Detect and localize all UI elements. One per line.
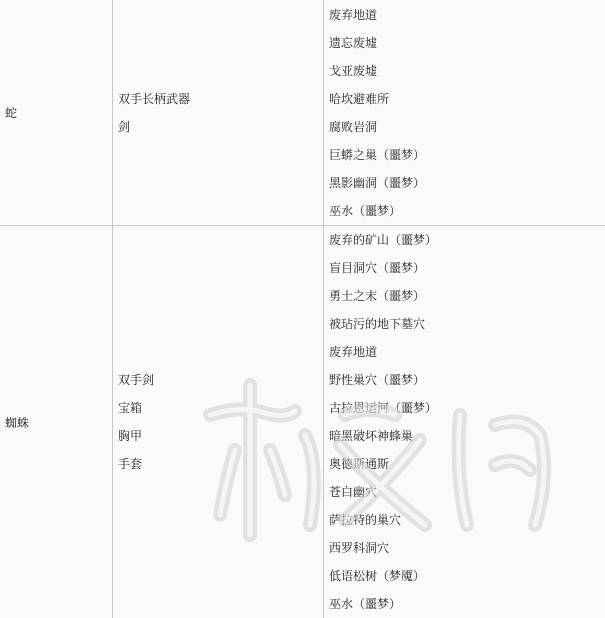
location-item: 暗黑破坏神蜂巢 bbox=[324, 422, 605, 450]
location-item: 勇士之末（噩梦） bbox=[324, 282, 605, 310]
enemy-name: 蛇 bbox=[5, 106, 17, 120]
drop-item: 双手长柄武器 bbox=[113, 85, 323, 113]
table-row: 蜘蛛 双手剑 宝箱 胸甲 手套 废弃的矿山（噩梦） 盲目洞穴（噩梦） 勇士之末（… bbox=[0, 226, 605, 618]
location-item: 黑影幽洞（噩梦） bbox=[324, 169, 605, 197]
enemy-name-cell: 蛇 bbox=[0, 0, 113, 226]
location-item: 巫水（噩梦） bbox=[324, 590, 605, 618]
location-item: 古拉恩运河（噩梦） bbox=[324, 394, 605, 422]
location-item: 奥德斯通斯 bbox=[324, 450, 605, 478]
enemy-name: 蜘蛛 bbox=[5, 416, 29, 430]
drop-item: 剑 bbox=[113, 113, 323, 141]
location-item: 野性巢穴（噩梦） bbox=[324, 366, 605, 394]
location-item: 哈坎避难所 bbox=[324, 85, 605, 113]
drop-item: 双手剑 bbox=[113, 366, 323, 394]
drop-item: 胸甲 bbox=[113, 422, 323, 450]
location-item: 苍白幽穴 bbox=[324, 478, 605, 506]
location-item: 遗忘废墟 bbox=[324, 29, 605, 57]
location-item: 废弃的矿山（噩梦） bbox=[324, 226, 605, 254]
location-item: 西罗科洞穴 bbox=[324, 534, 605, 562]
location-item: 腐败岩洞 bbox=[324, 113, 605, 141]
drops-cell: 双手剑 宝箱 胸甲 手套 bbox=[113, 226, 324, 618]
location-item: 巨蟒之巢（噩梦） bbox=[324, 141, 605, 169]
location-item: 废弃地道 bbox=[324, 1, 605, 29]
location-item: 盲目洞穴（噩梦） bbox=[324, 254, 605, 282]
location-item: 戈亚废墟 bbox=[324, 57, 605, 85]
location-item: 低语松树（梦魇） bbox=[324, 562, 605, 590]
enemy-name-cell: 蜘蛛 bbox=[0, 226, 113, 618]
drop-item: 宝箱 bbox=[113, 394, 323, 422]
location-item: 萨拉特的巢穴 bbox=[324, 506, 605, 534]
location-item: 被玷污的地下墓穴 bbox=[324, 310, 605, 338]
drop-item: 手套 bbox=[113, 450, 323, 478]
locations-cell: 废弃的矿山（噩梦） 盲目洞穴（噩梦） 勇士之末（噩梦） 被玷污的地下墓穴 废弃地… bbox=[324, 226, 605, 618]
monster-drop-table: 蛇 双手长柄武器 剑 废弃地道 遗忘废墟 戈亚废墟 哈坎避难所 腐败岩洞 巨蟒之… bbox=[0, 0, 605, 618]
drops-cell: 双手长柄武器 剑 bbox=[113, 0, 324, 226]
location-item: 废弃地道 bbox=[324, 338, 605, 366]
location-item: 巫水（噩梦） bbox=[324, 197, 605, 225]
locations-cell: 废弃地道 遗忘废墟 戈亚废墟 哈坎避难所 腐败岩洞 巨蟒之巢（噩梦） 黑影幽洞（… bbox=[324, 0, 605, 226]
table-row: 蛇 双手长柄武器 剑 废弃地道 遗忘废墟 戈亚废墟 哈坎避难所 腐败岩洞 巨蟒之… bbox=[0, 0, 605, 226]
